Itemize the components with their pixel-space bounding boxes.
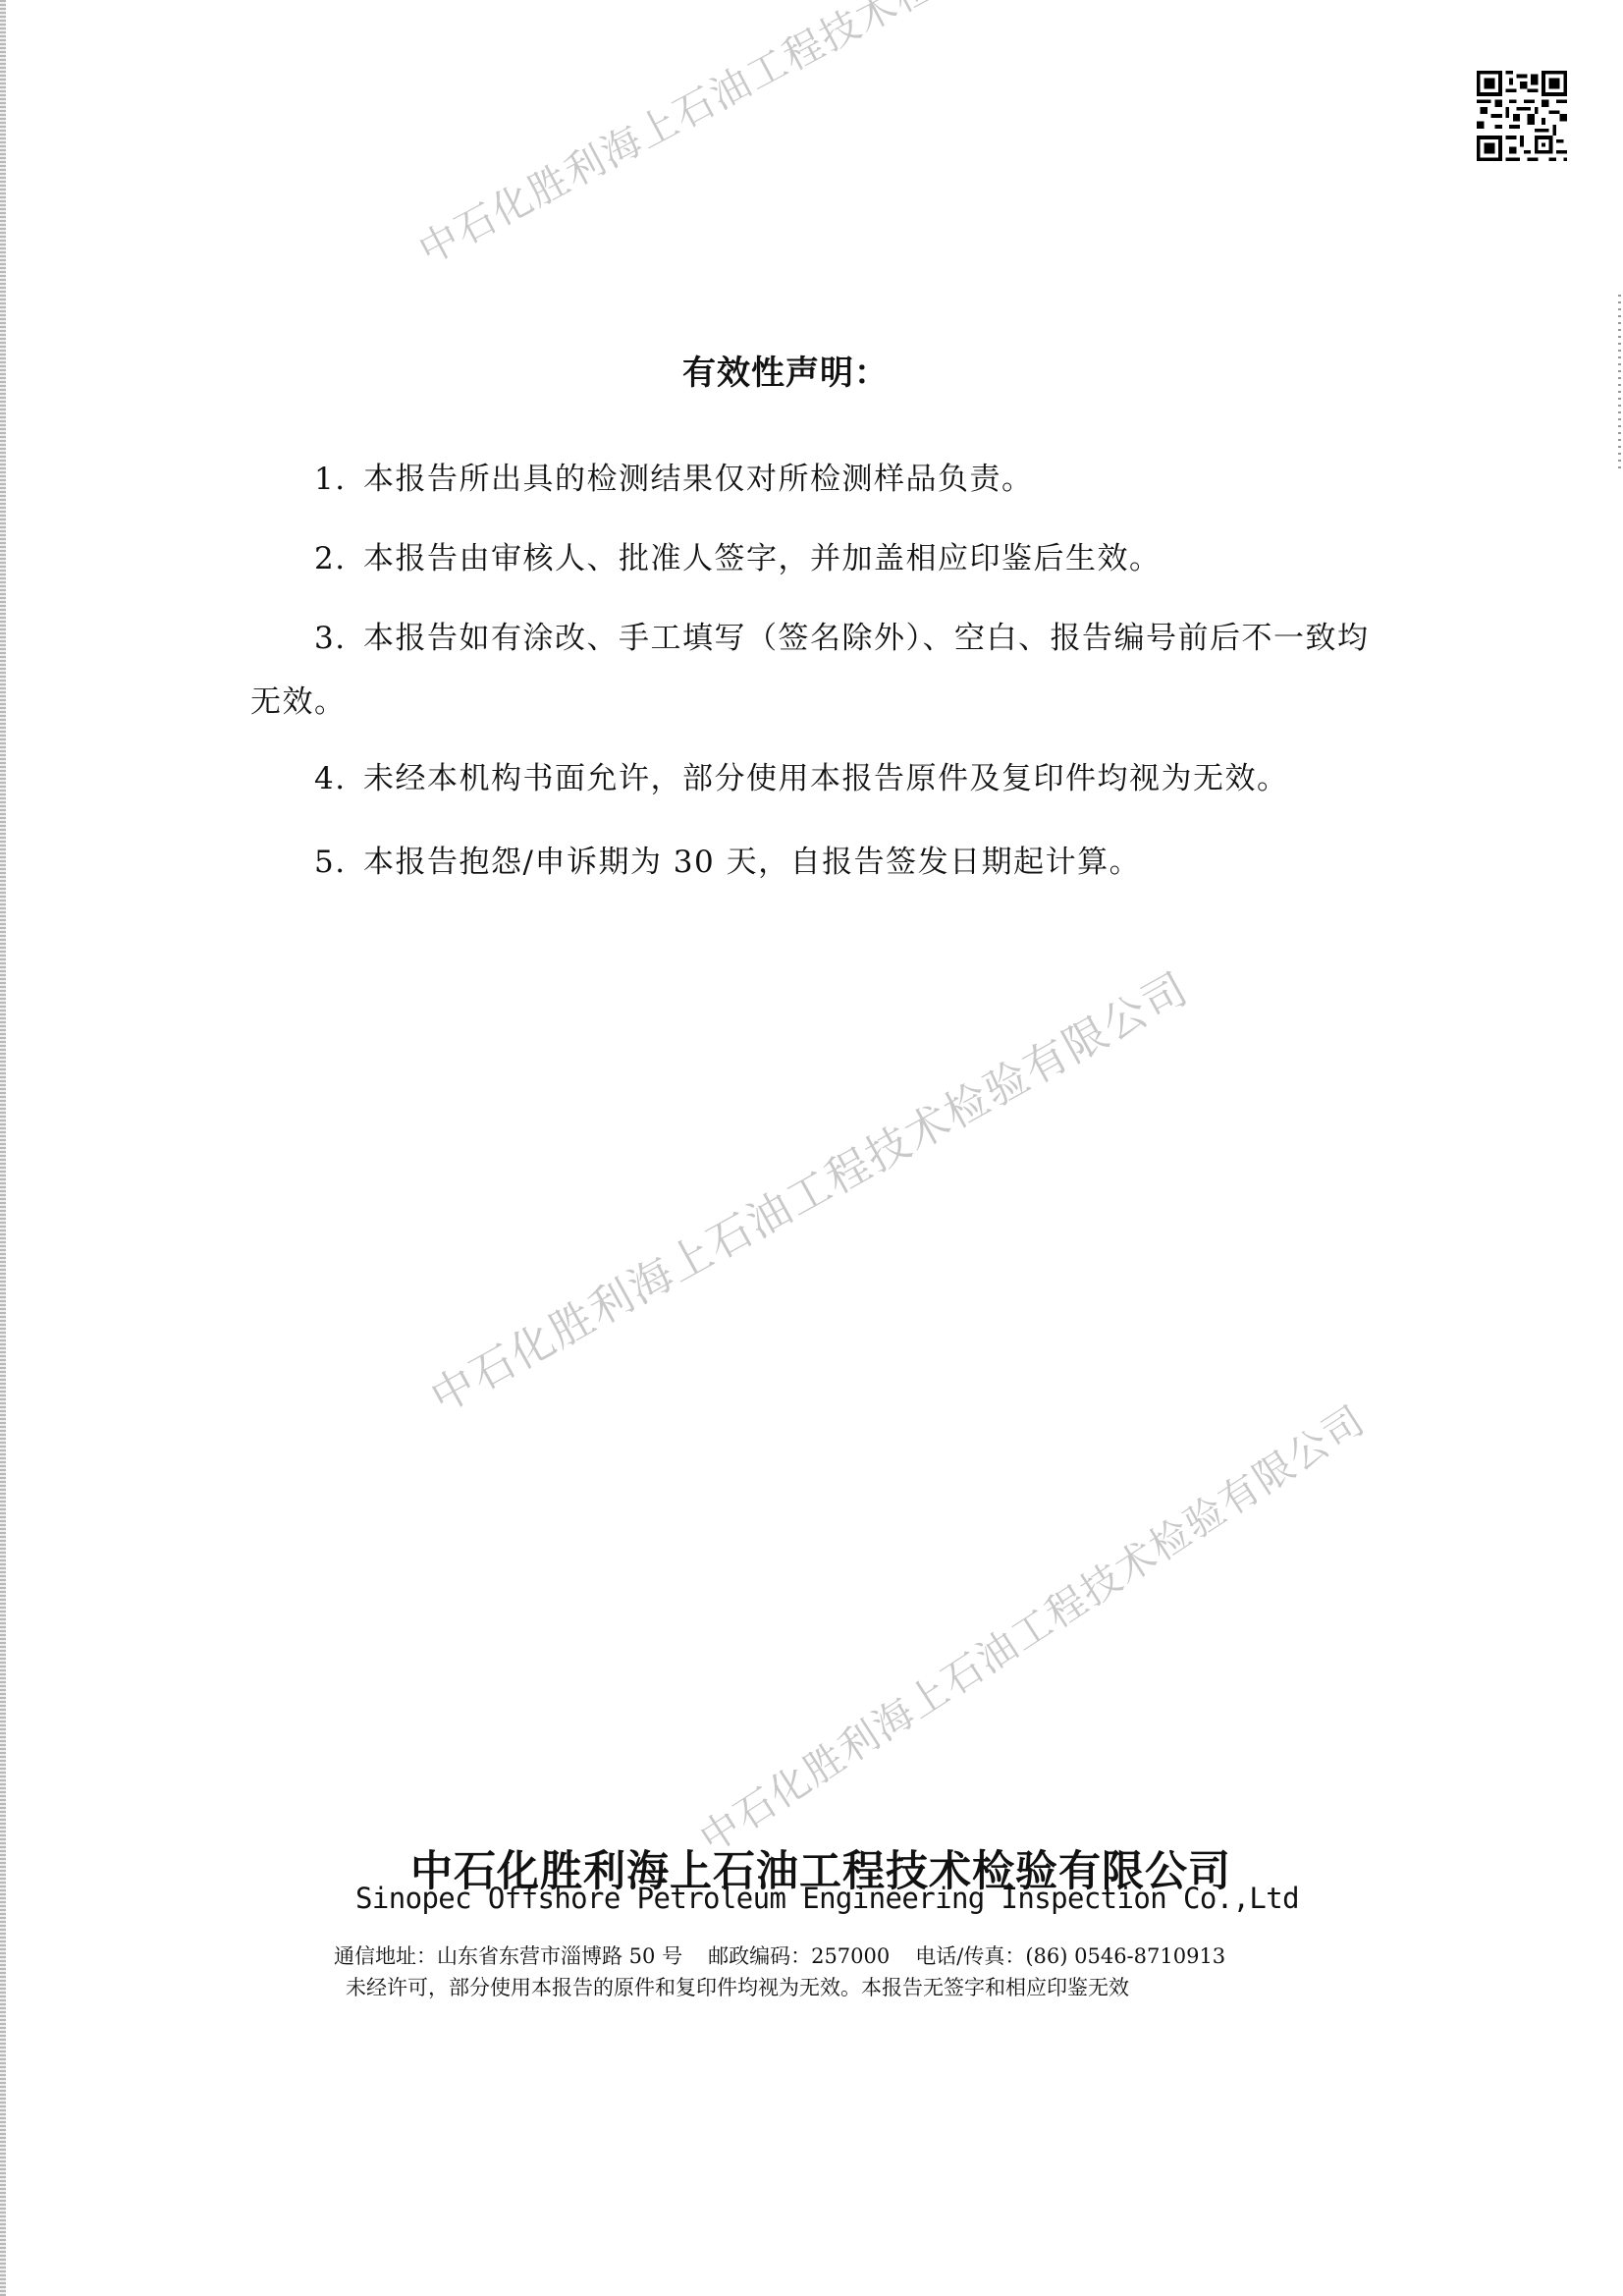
statement-item-5: 5.本报告抱怨/申诉期为 30 天，自报告签发日期起计算。 — [314, 837, 1141, 881]
watermark-top: 中石化胜利海上石油工程技术检验有限公司 — [407, 0, 1125, 275]
item-text: 本报告如有涂改、手工填写（签名除外）、空白、报告编号前后不一致均 — [363, 621, 1370, 656]
item-text: 本报告由审核人、批准人签字，并加盖相应印鉴后生效。 — [363, 541, 1162, 576]
statement-item-2: 2.本报告由审核人、批准人签字，并加盖相应印鉴后生效。 — [314, 533, 1162, 577]
usage-notice: 未经许可，部分使用本报告的原件和复印件均视为无效。本报告无签字和相应印鉴无效 — [346, 1972, 1129, 2001]
item-text: 未经本机构书面允许，部分使用本报告原件及复印件均视为无效。 — [363, 761, 1289, 796]
scan-edge-left — [0, 0, 6, 2296]
watermark-bottom: 中石化胜利海上石油工程技术检验有限公司 — [687, 1390, 1375, 1863]
item-number: 5. — [314, 845, 363, 880]
statement-item-1: 1.本报告所出具的检测结果仅对所检测样品负责。 — [314, 454, 1034, 498]
statement-item-3: 3.本报告如有涂改、手工填写（签名除外）、空白、报告编号前后不一致均 — [314, 613, 1370, 657]
statement-item-3-continuation: 无效。 — [250, 677, 347, 721]
item-text: 本报告所出具的检测结果仅对所检测样品负责。 — [363, 462, 1034, 497]
item-number: 2. — [314, 541, 363, 576]
phone-fax: 电话/传真：(86) 0546-8710913 — [915, 1944, 1225, 1968]
watermark-middle: 中石化胜利海上石油工程技术检验有限公司 — [417, 954, 1198, 1425]
postcode: 邮政编码：257000 — [708, 1944, 890, 1968]
item-number: 1. — [314, 462, 363, 497]
item-number: 4. — [314, 761, 363, 796]
address: 通信地址：山东省东营市淄博路 50 号 — [334, 1944, 682, 1968]
qr-code-icon — [1475, 71, 1569, 161]
company-name-en: Sinopec Offshore Petroleum Engineering I… — [355, 1882, 1299, 1915]
item-number: 3. — [314, 621, 363, 656]
scan-edge-right — [1618, 295, 1621, 471]
statement-title: 有效性声明： — [682, 346, 889, 394]
statement-item-4: 4.未经本机构书面允许，部分使用本报告原件及复印件均视为无效。 — [314, 753, 1289, 797]
item-text: 本报告抱怨/申诉期为 30 天，自报告签发日期起计算。 — [363, 845, 1141, 880]
contact-line: 通信地址：山东省东营市淄博路 50 号邮政编码：257000电话/传真：(86)… — [334, 1941, 1251, 1970]
